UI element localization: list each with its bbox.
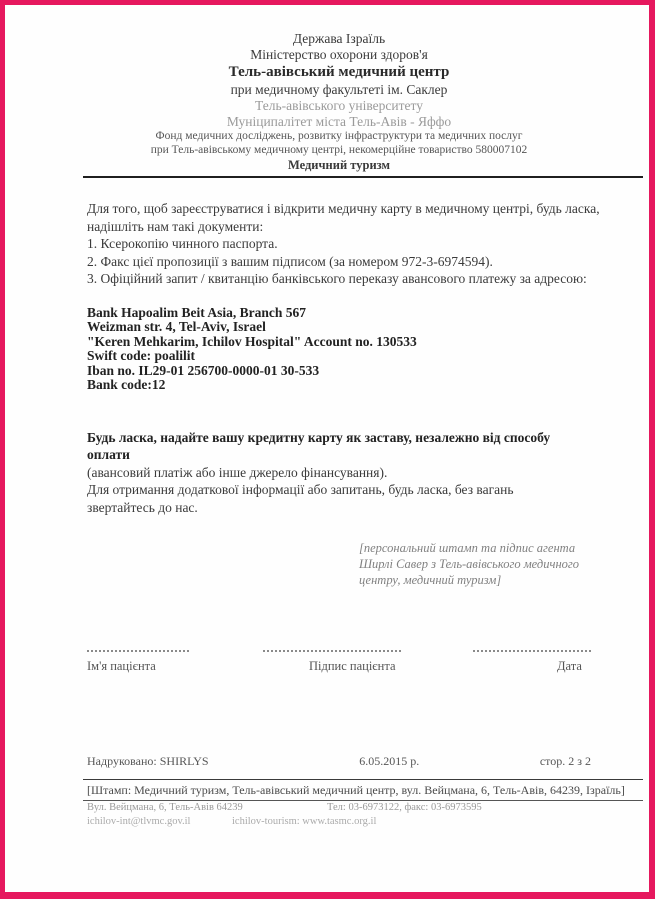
deposit-line2: (авансовий платіж або інше джерело фінан… xyxy=(87,464,591,482)
footer-website: ichilov-tourism: www.tasmc.org.il xyxy=(232,816,376,827)
agent-note-line2: Ширлі Савер з Тель-авівського медичного xyxy=(359,556,591,572)
deposit-line3: Для отримання додаткової інформації або … xyxy=(87,481,591,499)
agent-note-line3: центру, медичний туризм] xyxy=(359,572,591,588)
bank-code: Bank code:12 xyxy=(87,378,591,393)
print-info-row: Надруковано: SHIRLYS 6.05.2015 р. стор. … xyxy=(87,754,591,769)
print-date: 6.05.2015 р. xyxy=(359,754,419,769)
intro-item-2: 2. Факс цієї пропозиції з вашим підписом… xyxy=(87,253,591,271)
header-center-name: Тель-авівський медичний центр xyxy=(87,63,591,82)
header-ministry: Міністерство охорони здоров'я xyxy=(87,47,591,63)
signature-sign-line xyxy=(263,650,401,652)
scanned-document: { "frame_color": "#e6185e", "header": { … xyxy=(0,0,655,899)
footer-address-row: Вул. Вейцмана, 6, Тель-Авів 64239 Тел: 0… xyxy=(87,802,591,813)
header-faculty: при медичному факультеті ім. Саклер xyxy=(87,82,591,98)
signature-date-field: Дата xyxy=(473,650,591,674)
header-department: Медичний туризм xyxy=(87,157,591,173)
signature-sign-field: Підпис пацієнта xyxy=(261,650,401,674)
letterhead: Держава Ізраїль Міністерство охорони здо… xyxy=(87,31,591,173)
intro-paragraph: Для того, щоб зареєструватися і відкрити… xyxy=(87,200,591,288)
footer-block: [Штамп: Медичний туризм, Тель-авівський … xyxy=(87,779,591,827)
signature-name-field: Ім'я пацієнта xyxy=(87,650,189,674)
header-country: Держава Ізраїль xyxy=(87,31,591,47)
signature-name-line xyxy=(87,650,189,652)
bank-name: Bank Hapoalim Beit Asia, Branch 567 xyxy=(87,306,591,321)
signature-row: Ім'я пацієнта Підпис пацієнта Дата xyxy=(87,650,591,674)
credit-card-paragraph: Будь ласка, надайте вашу кредитну карту … xyxy=(87,429,591,517)
footer-divider-top xyxy=(83,779,643,780)
footer-email-row: ichilov-int@tlvmc.gov.il ichilov-tourism… xyxy=(87,816,591,827)
intro-line2: надішліть нам такі документи: xyxy=(87,218,591,236)
footer-divider-bottom xyxy=(83,800,643,801)
bank-details: Bank Hapoalim Beit Asia, Branch 567 Weiz… xyxy=(87,306,591,393)
header-municipality: Муніципалітет міста Тель-Авів - Яффо xyxy=(87,114,591,130)
page-number: стор. 2 з 2 xyxy=(540,754,591,769)
intro-item-3: 3. Офіційний запит / квитанцію банківськ… xyxy=(87,270,591,288)
deposit-line4: звертайтесь до нас. xyxy=(87,499,591,517)
printed-by: Надруковано: SHIRLYS xyxy=(87,754,209,769)
header-fund-line1: Фонд медичних досліджень, розвитку інфра… xyxy=(87,130,591,144)
agent-note-line1: [персональний штамп та підпис агента xyxy=(359,540,591,556)
document-content: Держава Ізраїль Міністерство охорони здо… xyxy=(5,5,649,827)
signature-date-label: Дата xyxy=(473,659,591,674)
bank-swift: Swift code: poalilit xyxy=(87,349,591,364)
footer-address: Вул. Вейцмана, 6, Тель-Авів 64239 xyxy=(87,802,327,813)
header-divider xyxy=(83,176,643,178)
bank-account: "Keren Mehkarim, Ichilov Hospital" Accou… xyxy=(87,335,591,350)
intro-item-1: 1. Ксерокопію чинного паспорта. xyxy=(87,235,591,253)
signature-date-line xyxy=(473,650,591,652)
footer-phone: Тел: 03-6973122, факс: 03-6973595 xyxy=(327,802,482,813)
stamp-text: [Штамп: Медичний туризм, Тель-авівський … xyxy=(87,783,591,798)
bank-iban: Iban no. IL29-01 256700-0000-01 30-533 xyxy=(87,364,591,379)
bank-address: Weizman str. 4, Tel-Aviv, Israel xyxy=(87,320,591,335)
agent-stamp-note: [персональний штамп та підпис агента Шир… xyxy=(359,540,591,588)
deposit-bold-line: Будь ласка, надайте вашу кредитну карту … xyxy=(87,429,591,464)
intro-line1: Для того, щоб зареєструватися і відкрити… xyxy=(87,200,591,218)
header-fund-line2: при Тель-авівському медичному центрі, не… xyxy=(87,144,591,158)
header-university: Тель-авівського університету xyxy=(87,98,591,114)
document-page: Держава Ізраїль Міністерство охорони здо… xyxy=(5,5,649,892)
signature-name-label: Ім'я пацієнта xyxy=(87,659,189,674)
footer-email: ichilov-int@tlvmc.gov.il xyxy=(87,816,232,827)
signature-sign-label: Підпис пацієнта xyxy=(261,659,401,674)
